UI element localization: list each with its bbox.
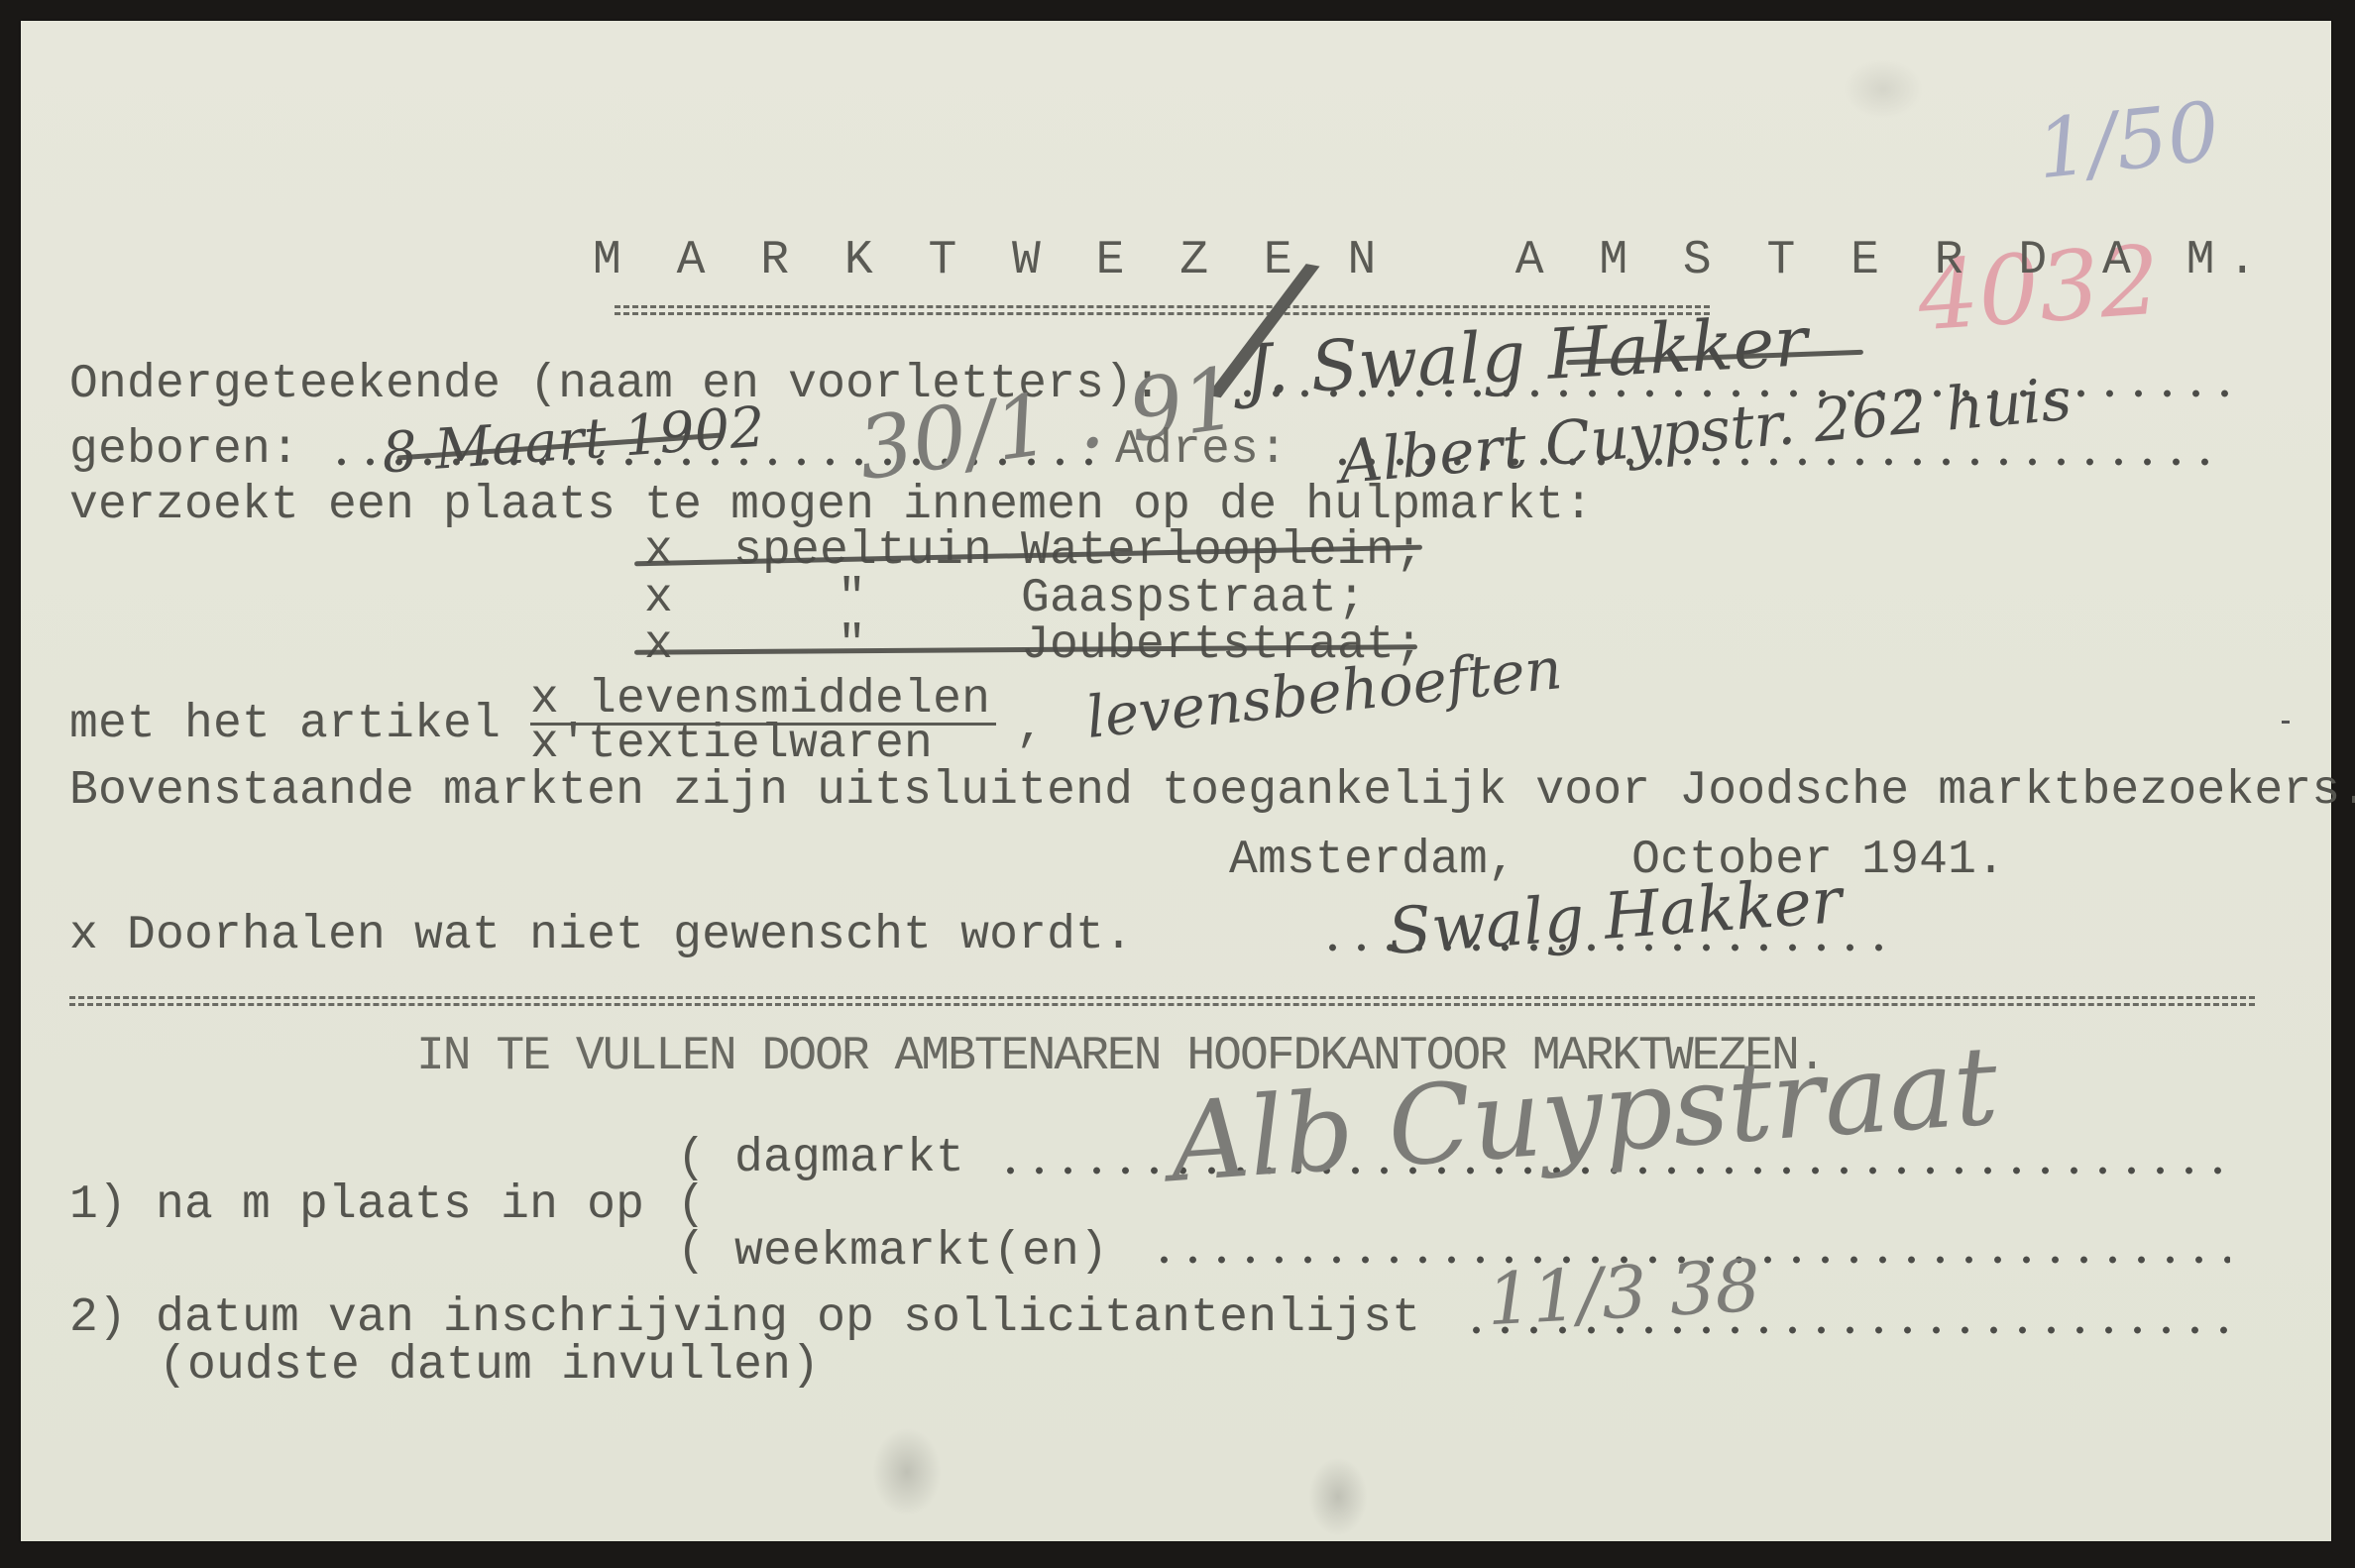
- market-2-marker: x: [644, 573, 673, 624]
- market-1-ditto: speeltuin: [733, 525, 992, 577]
- item-2-label: 2) datum van inschrijving op sollicitant…: [69, 1292, 1420, 1344]
- registration-date-handwritten: 11/3 38: [1485, 1244, 1762, 1341]
- weekmarkt-label: ( weekmarkt(en): [677, 1226, 1108, 1278]
- item-1-label: 1) na m plaats in op: [69, 1179, 644, 1231]
- notice-text: Bovenstaande markten zijn uitsluitend to…: [69, 765, 2355, 817]
- market-1-marker: x: [644, 525, 673, 577]
- market-3-ditto: ": [838, 619, 866, 671]
- article-comma: ,: [1016, 702, 1045, 753]
- article-option-2: x'textielwaren: [530, 719, 933, 770]
- place-date: Amsterdam, October 1941.: [1229, 835, 2005, 886]
- market-2-ditto: ": [838, 573, 866, 624]
- section-separator: [69, 996, 2255, 1006]
- dagmarkt-label: ( dagmarkt: [677, 1133, 964, 1184]
- archive-number-annotation: 1/50: [2033, 85, 2224, 198]
- market-2-name: Gaaspstraat;: [1021, 573, 1366, 624]
- item-2-sublabel: (oudste datum invullen): [159, 1340, 820, 1392]
- market-3-marker: x: [644, 619, 673, 671]
- ink-smudge: [1308, 1457, 1368, 1536]
- address-label: Adres:: [1115, 424, 1288, 476]
- brace-middle: (: [677, 1179, 706, 1231]
- ink-smudge: [1844, 59, 1923, 119]
- page-title: M A R K T W E Z E N A M S T E R D A M.: [593, 234, 2270, 287]
- born-label: geboren:: [69, 424, 299, 476]
- ink-smudge: [872, 1427, 942, 1516]
- strike-note: x Doorhalen wat niet gewenscht wordt.: [69, 910, 1133, 961]
- article-label: met het artikel: [69, 699, 501, 750]
- edge-mark: [2282, 721, 2290, 724]
